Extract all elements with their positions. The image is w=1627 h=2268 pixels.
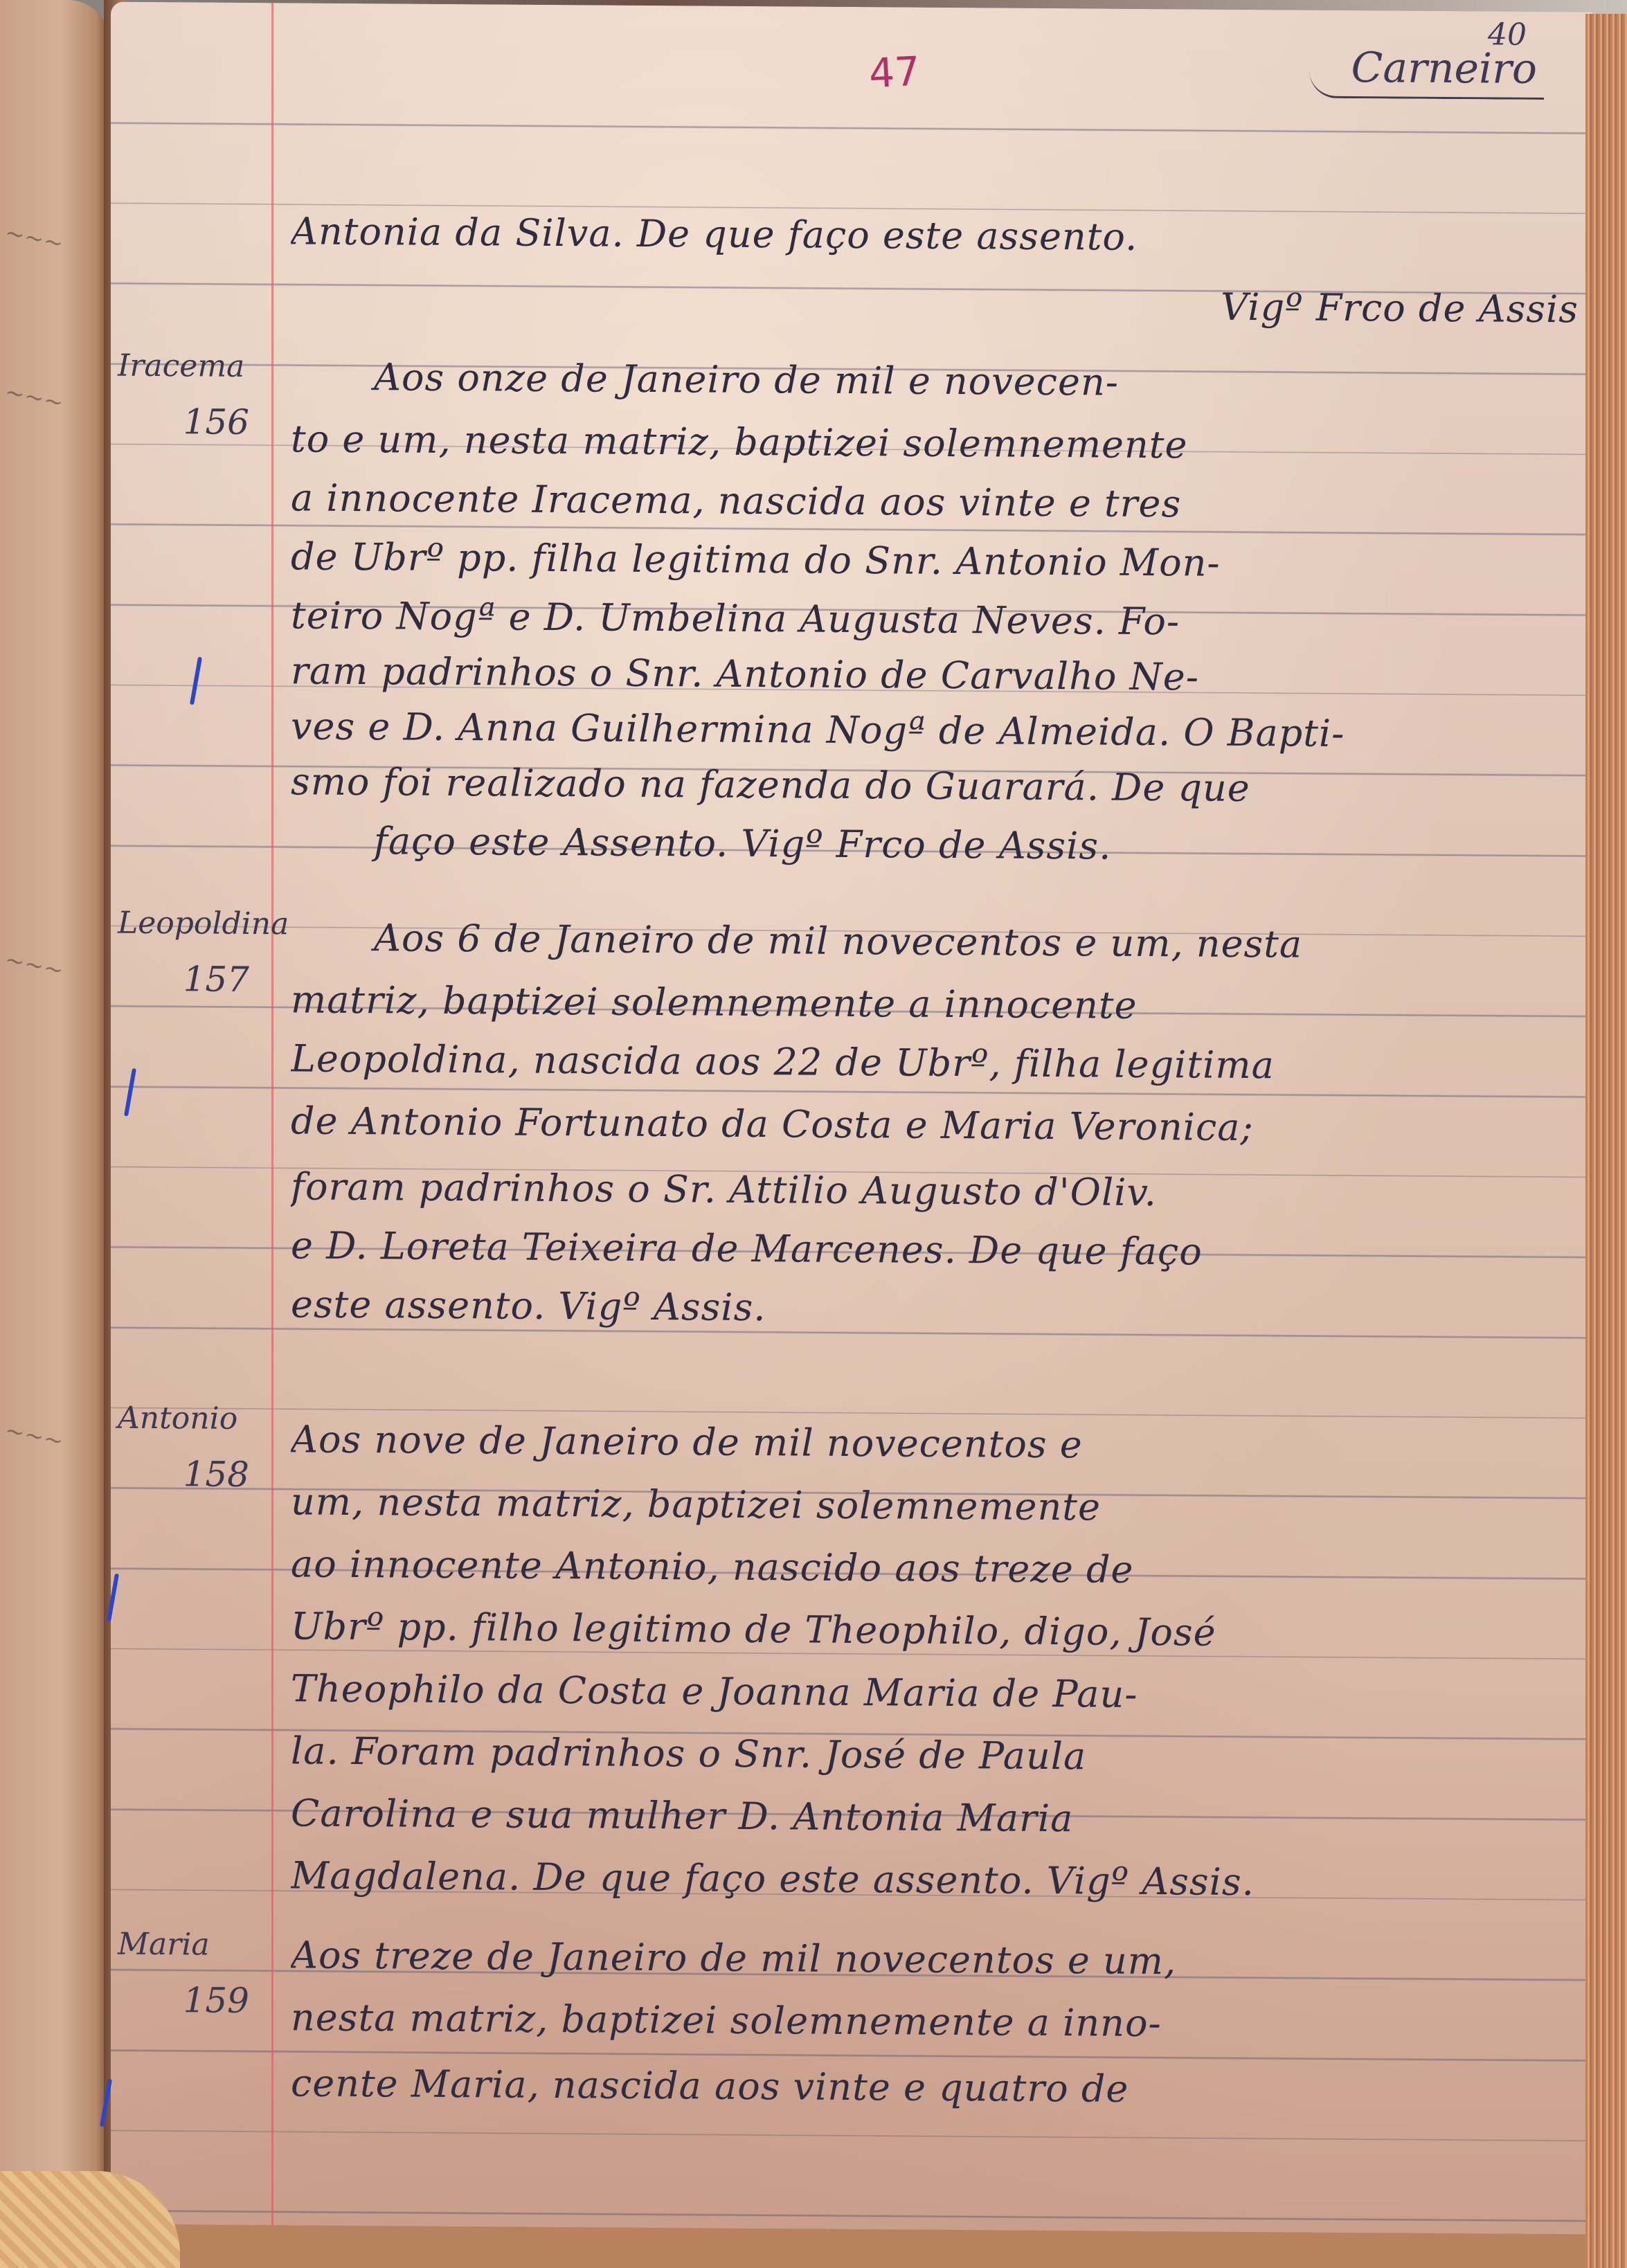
entry-number: 157 <box>118 959 263 1000</box>
register-page: 47 40 Carneiro Antonia da Silva. De que … <box>111 2 1592 2235</box>
page-edge-stack <box>1585 14 1627 2268</box>
folio-number: 47 <box>868 48 921 97</box>
margin-name: Maria <box>118 1927 263 1963</box>
facing-page-script: ~~~ <box>2 946 102 993</box>
margin-name: Iracema <box>118 348 263 384</box>
facing-page-left: ~~~ ~~~ ~~~ ~~~ <box>0 0 109 2268</box>
photograph: ~~~ ~~~ ~~~ ~~~ 47 40 Carneiro Antonia d… <box>0 0 1627 2268</box>
facing-page-script: ~~~ <box>2 378 102 425</box>
margin-name: Leopoldina <box>118 906 263 942</box>
margin-entry-157: Leopoldina 157 <box>118 906 263 1000</box>
facing-page-script: ~~~ <box>2 219 102 266</box>
facing-page-script: ~~~ <box>2 1416 102 1464</box>
margin-name: Antonio <box>118 1401 263 1437</box>
entry-number: 158 <box>118 1454 263 1495</box>
corner-surname: Carneiro <box>1309 44 1544 100</box>
entry-number: 156 <box>118 402 263 442</box>
red-margin-rule <box>271 3 273 2225</box>
margin-entry-156: Iracema 156 <box>118 348 263 442</box>
entry-number: 159 <box>118 1980 263 2021</box>
margin-entry-158: Antonio 158 <box>118 1401 263 1495</box>
margin-entry-159: Maria 159 <box>118 1927 263 2021</box>
